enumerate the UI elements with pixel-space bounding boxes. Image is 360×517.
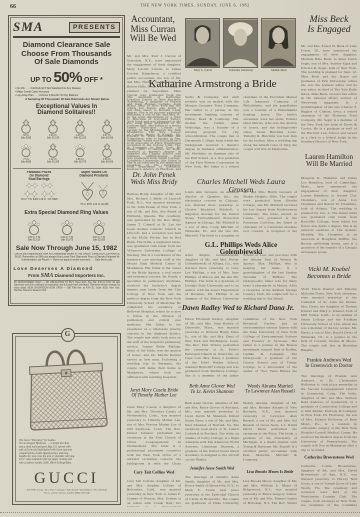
- article-body-mitchell: Laura Ann Grossen, an assistant director…: [185, 190, 297, 238]
- article-body-mears: Lisa Brooks Mears, daughter of Mr. and M…: [243, 479, 297, 506]
- portrait-photo-armstrong: [223, 18, 258, 68]
- headline-hamilton: Lauren Hamilton Will Be Married: [301, 154, 357, 169]
- photo-caption: Katharine Armstrong: [223, 69, 258, 75]
- portrait-photo-beck: [261, 18, 296, 68]
- diamond-earrings-icon: [41, 190, 55, 198]
- sma-solitaires-heading: Exceptional Values In Diamond Solitaires…: [36, 104, 97, 117]
- article-body-smith: The marriage of Jennifer Anne Smith, dau…: [185, 475, 239, 506]
- sma-presents-label: PRESENTS: [69, 22, 120, 33]
- sma-percent-label: 50%: [53, 69, 82, 86]
- article-body-armstrong: The marriage of Katharine Armstrong, a d…: [127, 95, 297, 169]
- headline-mears: Lisa Brooks Mears Is Bride: [243, 470, 297, 477]
- diamond-earrings-icon: [41, 182, 53, 189]
- sma-bullet-list: • No Min. . . . Full Refund If Not Satis…: [15, 87, 119, 98]
- article-body-casela: Janet Mary Casela, a daughter of Mr. and…: [127, 405, 181, 467]
- sma-from-line: From SMA Diamond Importers Inc.: [28, 273, 105, 279]
- article-body-phillips: Alice Regina Golembiewski, daughter of M…: [185, 253, 297, 301]
- diamond-ring-icon: [91, 219, 107, 236]
- diamond-ring-icon: [19, 119, 33, 134]
- gucci-logo: GUCCI: [34, 470, 99, 488]
- article-body-beck: Mr. and Mrs. Ernest W. Beck of Lake Fore…: [301, 44, 357, 150]
- masthead: THE NEW YORK TIMES, SUNDAY, JUNE 6, 1982: [60, 3, 330, 10]
- sale-dates-line: Sale Now Through June 15, 1982: [16, 245, 117, 252]
- sma-earrings-column: Fantastic Prices On Diamond Stud Earring…: [13, 171, 66, 209]
- headline-casela: Janet Mary Casela Bride Of Timothy Mathe…: [127, 388, 181, 402]
- headline-curran: Accountant, Miss Curran Will Be Wed: [125, 15, 181, 44]
- gucci-description: The Gucci "Executive" for Ladies. It is …: [19, 439, 115, 469]
- photo-caption: Melinda Beck: [261, 69, 296, 75]
- sma-fine-print: BY APPOINTMENT ONLY — NO OBLIGATION TO B…: [14, 280, 120, 294]
- earrings-heading: Fantastic Prices On Diamond Stud Earring…: [13, 171, 66, 181]
- sma-slogan: Love Deserves A Diamond: [14, 266, 93, 271]
- headline-collins: Cary Tait Collins Wed: [127, 470, 181, 477]
- ring-item: 1.04 Ct.Sale $1,195: [41, 119, 66, 141]
- ring-item: 1.85 Ct.Sale $2,975: [68, 143, 93, 165]
- article-body-glover: Beth Anne Glover, daughter of Mr. and Mr…: [185, 401, 239, 463]
- page-number: 66: [10, 4, 16, 10]
- article-body-abrams: Wendy Abrams, daughter of Mr. and Mrs. B…: [243, 401, 297, 467]
- sma-upto-label: UP TO: [30, 77, 51, 84]
- diamond-pendant-icon: [80, 182, 95, 203]
- gucci-handbag-illustration: [20, 338, 113, 439]
- ring-item: 1.12 Ct.Sale $1,395: [41, 143, 66, 165]
- sma-logo: SMA: [13, 19, 43, 35]
- diamond-pendant-icon: [98, 185, 108, 200]
- ring-item: 3.00 Ct. T.W.Sale $2,950: [87, 219, 112, 243]
- sma-ad-header: SMA PRESENTS: [13, 19, 120, 38]
- diamond-ring-icon: [46, 119, 60, 134]
- headline-abrams: Wendy Abrams Married To Lawrence Alan Ru…: [243, 384, 297, 398]
- sma-ring-values-heading: Extra Special Diamond Ring Values: [25, 211, 109, 217]
- headline-dana: Dawn Radley Wed to Richard Dana Jr.: [178, 305, 298, 312]
- sma-discount-offer: UP TO 50% OFF *: [30, 69, 102, 86]
- ring-item: 1.53 Ct.Sale $2,295: [68, 119, 93, 141]
- sma-ring-row-1: .52 Ct.Sale $395 1.04 Ct.Sale $1,195 1.5…: [14, 119, 120, 141]
- ring-item: 1.25 Ct. T.W.Sale $1,150: [22, 219, 47, 243]
- diamond-ring-icon: [73, 119, 87, 134]
- sma-sampling-line: A Sampling Of Thousands Of Sale Diamonds…: [13, 98, 121, 102]
- headline-andrews: Frankie Andrews Wed In Greenwich to Doct…: [301, 358, 357, 371]
- newspaper-page: 66 THE NEW YORK TIMES, SUNDAY, JUNE 6, 1…: [0, 0, 360, 517]
- photo-caption: Mary G. Curran: [185, 69, 220, 75]
- sma-off-label: OFF *: [84, 77, 103, 84]
- article-body-hamilton: Margaret K. Hamilton and James Lee Hamil…: [301, 176, 357, 264]
- ring-item: .77 Ct.Sale $695: [14, 143, 39, 165]
- ring-item: 2.07 Ct.Sale $3,950: [95, 119, 120, 141]
- diamond-ring-icon: [26, 219, 42, 236]
- ring-item: 2.54 Ct.Sale $4,850: [95, 143, 120, 165]
- diamond-ring-icon: [19, 143, 33, 158]
- sma-diamond-ad: SMA PRESENTS Diamond Clearance Sale Choo…: [8, 15, 125, 306]
- sma-pendants-column: Super Values On Diamond Pendants .75 Ct.…: [68, 171, 121, 209]
- diamond-earrings-icon: [24, 190, 38, 198]
- diamond-earrings-icon: [26, 182, 38, 189]
- sma-ad-title: Diamond Clearance Sale Choose From Thous…: [21, 41, 111, 67]
- diamond-ring-icon: [59, 219, 75, 236]
- pendants-heading: Super Values On Diamond Pendants: [68, 171, 121, 181]
- diamond-ring-icon: [100, 143, 114, 158]
- article-body-collins: Cary Tait Collins, daughter of Mr. and M…: [127, 479, 181, 507]
- headline-brownstone: Catherine Brownstone Wed: [301, 455, 357, 462]
- headline-smith: Jennifer Anne Smith Wed: [185, 466, 239, 473]
- sma-ring-row-2: .77 Ct.Sale $695 1.12 Ct.Sale $1,395 1.8…: [14, 143, 120, 165]
- headline-beck: Miss Beck Is Engaged: [301, 15, 357, 35]
- ring-item: .52 Ct.Sale $395: [14, 119, 39, 141]
- diamond-ring-icon: [100, 119, 114, 134]
- diamond-ring-icon: [46, 143, 60, 158]
- article-body-andrews: The marriage of Frankie Ann Andrews to D…: [301, 374, 357, 452]
- article-body-brownstone: Catherine Louise Brownstone, daughter of…: [301, 464, 357, 506]
- article-body-knebel: Vicki Marie Knebel and Timothy Malcolm D…: [301, 287, 357, 355]
- ring-item: 2.00 Ct. T.W.Sale $1,975: [54, 219, 79, 243]
- gucci-ad: G The Gucci "Executive" for Ladies. It i: [12, 333, 121, 505]
- gucci-address: 687 Fifth Avenue, New York • Chicago • P…: [16, 489, 118, 497]
- advertised-on-tv-label: ADVERTISED ON T.V.: [96, 266, 120, 272]
- article-body-dana: Dawn Elizabeth Radley, daughter of Mr. a…: [185, 317, 297, 381]
- headline-glover: Beth Anne Glover Wed To Lt. Kevin Shanno…: [185, 384, 239, 398]
- sma-call-text: Call for your Appointment Now for Outsta…: [14, 253, 120, 265]
- article-body-penek: Barbara Bridy, daughter of Mr. and Mrs. …: [127, 192, 181, 384]
- diamond-ring-icon: [73, 143, 87, 158]
- portrait-photo-curran: [185, 18, 220, 68]
- headline-penek: Dr. John Penek Weds Miss Bridy: [127, 172, 181, 187]
- headline-knebel: Vicki M. Knebel Becomes a Bride: [301, 267, 357, 281]
- sma-logo-small: SMA: [41, 273, 54, 279]
- sma-two-column-section: Fantastic Prices On Diamond Stud Earring…: [13, 168, 121, 209]
- sma-ring-row-3: 1.25 Ct. T.W.Sale $1,150 2.00 Ct. T.W.Sa…: [22, 219, 112, 243]
